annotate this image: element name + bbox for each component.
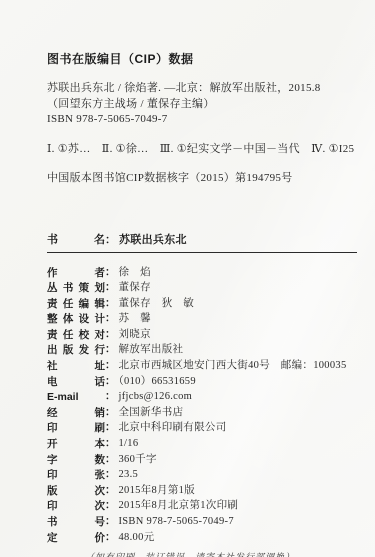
label-separator: ： — [105, 312, 116, 324]
field-value: 北京市西城区地安门西大街40号 邮编：100035 — [119, 360, 347, 371]
book-title-value: 苏联出兵东北 — [119, 234, 187, 246]
field-row-printer: 印刷：北京中科印刷有限公司 — [47, 420, 357, 436]
book-title-label: 书名 — [47, 231, 105, 247]
field-label: 字数 — [47, 453, 105, 468]
label-separator: ： — [105, 359, 116, 371]
label-separator: ： — [105, 234, 116, 246]
copyright-page: 图书在版编目（CIP）数据 苏联出兵东北 / 徐焰著. —北京：解放军出版社，2… — [0, 0, 375, 557]
field-row-email: E-mail：jfjcbs@126.com — [47, 389, 357, 405]
field-row-format: 开本：1/16 — [47, 436, 357, 452]
field-row-edition: 版次：2015年8月第1版 — [47, 483, 357, 499]
book-title-row: 书名：苏联出兵东北 — [47, 231, 357, 253]
field-label: 责任校对 — [47, 328, 105, 343]
cip-section-title: 图书在版编目（CIP）数据 — [47, 50, 357, 67]
field-label: 整体设计 — [47, 312, 105, 327]
field-label: 电话 — [47, 375, 105, 390]
field-row-distributor: 经销：全国新华书店 — [47, 405, 357, 421]
field-row-address: 社址：北京市西城区地安门西大街40号 邮编：100035 — [47, 358, 357, 374]
field-value: 北京中科印刷有限公司 — [119, 422, 227, 433]
label-separator: ： — [105, 468, 116, 480]
label-separator: ： — [105, 328, 116, 340]
label-separator: ： — [105, 390, 116, 402]
field-value: 徐 焰 — [119, 267, 151, 278]
field-value: 1/16 — [119, 438, 139, 449]
field-label: 作者 — [47, 266, 105, 281]
cip-record-number: 中国版本图书馆CIP数据核字（2015）第194795号 — [47, 169, 357, 185]
field-row-isbn: 书号：ISBN 978-7-5065-7049-7 — [47, 514, 357, 530]
field-label: E-mail — [47, 390, 105, 405]
label-separator: ： — [105, 421, 116, 433]
field-label: 经销 — [47, 406, 105, 421]
publication-fields: 作者：徐 焰 丛书策划：董保存 责任编辑：董保存 狄 敏 整体设计：苏 馨 责任… — [47, 265, 357, 546]
field-label: 印刷 — [47, 421, 105, 436]
field-label: 社址 — [47, 359, 105, 374]
cip-classification: Ⅰ. ①苏… Ⅱ. ①徐… Ⅲ. ①纪实文学－中国－当代 Ⅳ. ①I25 — [47, 140, 357, 156]
field-label: 印张 — [47, 468, 105, 483]
field-label: 责任编辑 — [47, 297, 105, 312]
field-label: 印次 — [47, 499, 105, 514]
field-label: 定价 — [47, 531, 105, 546]
label-separator: ： — [105, 266, 116, 278]
field-value: 全国新华书店 — [119, 407, 184, 418]
field-row-author: 作者：徐 焰 — [47, 265, 357, 281]
field-row-proofreader: 责任校对：刘晓京 — [47, 327, 357, 343]
field-row-series-planner: 丛书策划：董保存 — [47, 280, 357, 296]
field-value: ISBN 978-7-5065-7049-7 — [119, 516, 234, 527]
field-row-price: 定价：48.00元 — [47, 530, 357, 546]
field-value: （010）66531659 — [119, 376, 196, 387]
cip-line-publication: 苏联出兵东北 / 徐焰著. —北京：解放军出版社，2015.8 — [47, 81, 357, 97]
label-separator: ： — [105, 499, 116, 511]
label-separator: ： — [105, 297, 116, 309]
label-separator: ： — [105, 437, 116, 449]
field-value: jfjcbs@126.com — [119, 391, 193, 402]
field-label: 丛书策划 — [47, 281, 105, 296]
field-row-phone: 电话：（010）66531659 — [47, 374, 357, 390]
field-label: 书号 — [47, 515, 105, 530]
field-value: 解放军出版社 — [119, 344, 184, 355]
label-separator: ： — [105, 453, 116, 465]
field-value: 刘晓京 — [119, 329, 151, 340]
field-value: 苏 馨 — [119, 313, 151, 324]
field-value: 2015年8月北京第1次印刷 — [119, 500, 239, 511]
field-value: 48.00元 — [119, 532, 155, 543]
field-label: 版次 — [47, 484, 105, 499]
label-separator: ： — [105, 531, 116, 543]
field-row-word-count: 字数：360千字 — [47, 452, 357, 468]
errata-exchange-note: （如有印刷、装订错误，请寄本社发行部调换） — [85, 550, 357, 557]
label-separator: ： — [105, 375, 116, 387]
label-separator: ： — [105, 515, 116, 527]
label-separator: ： — [105, 484, 116, 496]
field-row-publisher: 出版发行：解放军出版社 — [47, 342, 357, 358]
label-separator: ： — [105, 343, 116, 355]
label-separator: ： — [105, 281, 116, 293]
field-label: 开本 — [47, 437, 105, 452]
field-row-impression: 印次：2015年8月北京第1次印刷 — [47, 498, 357, 514]
field-row-editor: 责任编辑：董保存 狄 敏 — [47, 296, 357, 312]
field-value: 360千字 — [119, 454, 157, 465]
cip-description: 苏联出兵东北 / 徐焰著. —北京：解放军出版社，2015.8 （回望东方主战场… — [47, 81, 357, 128]
field-value: 2015年8月第1版 — [119, 485, 196, 496]
field-value: 董保存 — [119, 282, 151, 293]
cip-line-isbn: ISBN 978-7-5065-7049-7 — [47, 112, 357, 128]
field-label: 出版发行 — [47, 343, 105, 358]
cip-line-series: （回望东方主战场 / 董保存主编） — [47, 97, 357, 113]
page-content: 图书在版编目（CIP）数据 苏联出兵东北 / 徐焰著. —北京：解放军出版社，2… — [0, 0, 375, 557]
field-row-designer: 整体设计：苏 馨 — [47, 311, 357, 327]
field-value: 董保存 狄 敏 — [119, 298, 195, 309]
label-separator: ： — [105, 406, 116, 418]
field-value: 23.5 — [119, 469, 139, 480]
field-row-sheets: 印张：23.5 — [47, 467, 357, 483]
